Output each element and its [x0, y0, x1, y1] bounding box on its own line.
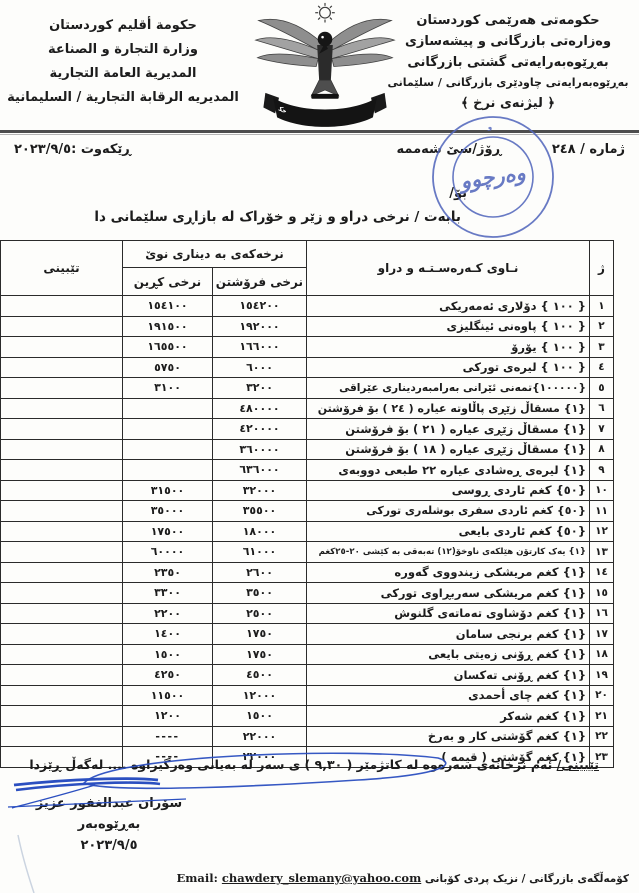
email-address: chawdery_slemany@yahoo.com: [222, 871, 421, 885]
selling-price: ١٧٥٠: [213, 624, 307, 645]
subject-line: بابەت / نرخی دراو و زێر و خۆراک لە بازاڕ…: [94, 209, 461, 225]
price-table: ژ نـاوی کـەرەسـتـە و دراو نرخەکەی بە دین…: [0, 240, 614, 768]
buying-price: [123, 398, 213, 419]
header-line: حکومەتی هەرێمی کوردستان: [383, 10, 633, 31]
selling-price: ٦٣٦٠٠٠: [213, 460, 307, 481]
header-line: وزارة التجارة و الصناعة: [4, 38, 242, 62]
notes-cell: [1, 378, 123, 399]
selling-price: ٢٦٠٠: [213, 562, 307, 583]
buying-price: [123, 439, 213, 460]
notes-cell: [1, 521, 123, 542]
buying-price: ٢٣٥٠: [123, 562, 213, 583]
row-number: ١٧: [590, 624, 614, 645]
row-number: ٢١: [590, 706, 614, 727]
column-header-price-group: نرخەکەی بە دیناری نوێ: [123, 241, 307, 268]
row-number: ٦: [590, 398, 614, 419]
row-number: ٩: [590, 460, 614, 481]
item-name: { ١٠٠ } لیرەی تورکی: [307, 357, 590, 378]
table-row: ١٦ {١} کغم دۆشاوی تەماتەی گلنوش ٢٥٠٠ ٢٢٠…: [1, 603, 614, 624]
row-number: ١٥: [590, 583, 614, 604]
row-number: ٥: [590, 378, 614, 399]
notes-cell: [1, 706, 123, 727]
notes-cell: [1, 665, 123, 686]
item-name: {٥٠} کغم ئاردی بایعی: [307, 521, 590, 542]
table-row: ٢٢ {١} کغم گۆشتی کار و بەرخ ٢٢٠٠٠ ----: [1, 726, 614, 747]
column-header-notes: تێبینی: [1, 241, 123, 296]
header-line: المديرية العامة التجارية: [4, 62, 242, 86]
header-line: بەڕێوەبەرایەتی گشتی بازرگانی: [383, 52, 633, 73]
received-stamp: وەزارەتی بازرگانی و پیشەسازی ✻ بەڕێوەبەر…: [420, 104, 567, 251]
notes-cell: [1, 296, 123, 317]
row-number: ٢: [590, 316, 614, 337]
buying-price: ١٢٠٠: [123, 706, 213, 727]
table-row: ١٤ {١} کغم مریشکی زیندووی گەورە ٢٦٠٠ ٢٣٥…: [1, 562, 614, 583]
row-number: ١٣: [590, 542, 614, 563]
item-name: {١} کغم مریشکی سەربڕاوی تورکی: [307, 583, 590, 604]
item-name: {٥٠} کغم ئاردی سفری بوشلەری تورکی: [307, 501, 590, 522]
notes-cell: [1, 460, 123, 481]
row-number: ١٨: [590, 644, 614, 665]
buying-price: ١١٥٠٠: [123, 685, 213, 706]
buying-price: ١٥٠٠: [123, 644, 213, 665]
selling-price: ٦٠٠٠: [213, 357, 307, 378]
document-date: ڕێکەوت :٢٠٢٣/٩/٥: [14, 142, 131, 157]
column-header-no: ژ: [590, 241, 614, 296]
header-kurdish-block: حکومەتی هەرێمی کوردستان وەزارەتی بازرگان…: [383, 10, 633, 115]
price-table-header: ژ نـاوی کـەرەسـتـە و دراو نرخەکەی بە دین…: [1, 241, 614, 296]
email-run: Email: chawdery_slemany@yahoo.com: [176, 871, 421, 885]
selling-price: ١٧٥٠: [213, 644, 307, 665]
table-row: ٩ {١} لیرەی ڕەشادی عیارە ٢٢ طبعی دووبەی …: [1, 460, 614, 481]
item-name: {١} کغم دۆشاوی تەماتەی گلنوش: [307, 603, 590, 624]
table-row: ١ { ١٠٠ } دۆلاری ئەمەریکی ١٥٤٢٠٠ ١٥٤١٠٠: [1, 296, 614, 317]
notes-cell: [1, 501, 123, 522]
table-row: ١١ {٥٠} کغم ئاردی سفری بوشلەری تورکی ٣٥٥…: [1, 501, 614, 522]
selling-price: ١٥٤٢٠٠: [213, 296, 307, 317]
buying-price: ٣٥٠٠٠: [123, 501, 213, 522]
selling-price: ١٢٠٠٠: [213, 685, 307, 706]
buying-price: ٣١٠٠: [123, 378, 213, 399]
table-row: ١٠ {٥٠} کغم ئاردی ڕوسی ٣٢٠٠٠ ٣١٥٠٠: [1, 480, 614, 501]
selling-price: ٣٢٠٠٠: [213, 480, 307, 501]
row-number: ٨: [590, 439, 614, 460]
buying-price: ١٥٤١٠٠: [123, 296, 213, 317]
notes-cell: [1, 562, 123, 583]
notes-cell: [1, 624, 123, 645]
buying-price: ٣٣٠٠: [123, 583, 213, 604]
buying-price: ٥٧٥٠: [123, 357, 213, 378]
notes-cell: [1, 337, 123, 358]
table-row: ١٣ {١} یەک کارتۆن هێلکەی ناوخۆ(١٢) تەبەق…: [1, 542, 614, 563]
row-number: ٤: [590, 357, 614, 378]
selling-price: ٤٢٠٠٠٠: [213, 419, 307, 440]
selling-price: ٣٢٠٠: [213, 378, 307, 399]
selling-price: ١٩٢٠٠٠: [213, 316, 307, 337]
item-name: { ١٠٠ } پاوەنی ئینگلیزی: [307, 316, 590, 337]
email-label: Email:: [176, 871, 217, 885]
notes-cell: [1, 726, 123, 747]
table-row: ١٧ {١} کغم برنجی سامان ١٧٥٠ ١٤٠٠: [1, 624, 614, 645]
item-name: {١} کغم برنجی سامان: [307, 624, 590, 645]
row-number: ١٢: [590, 521, 614, 542]
row-number: ١٤: [590, 562, 614, 583]
buying-price: ٦٠٠٠٠: [123, 542, 213, 563]
buying-price: ١٧٥٠٠: [123, 521, 213, 542]
item-name: {١} لیرەی ڕەشادی عیارە ٢٢ طبعی دووبەی: [307, 460, 590, 481]
row-number: ١: [590, 296, 614, 317]
header-line: حكومة أقليم كوردستان: [4, 14, 242, 38]
selling-price: ٣٦٠٠٠٠: [213, 439, 307, 460]
item-name: { ١٠٠ } یۆرۆ: [307, 337, 590, 358]
pen-mark: [6, 833, 46, 893]
item-name: {١} کغم چای أحمدی: [307, 685, 590, 706]
notes-cell: [1, 419, 123, 440]
row-number: ٢٠: [590, 685, 614, 706]
table-row: ١٩ {١} کغم ڕۆنی تەکسان ٤٥٠٠ ٤٢٥٠: [1, 665, 614, 686]
item-name: {٥٠} کغم ئاردی ڕوسی: [307, 480, 590, 501]
table-row: ٨ {١} مسقاڵ زێڕی عیارە ( ١٨ ) بۆ فرۆشتن …: [1, 439, 614, 460]
selling-price: ٢٢٠٠٠: [213, 726, 307, 747]
selling-price: ٤٨٠٠٠٠: [213, 398, 307, 419]
selling-price: ٦١٠٠٠: [213, 542, 307, 563]
item-name: { ١٠٠ } دۆلاری ئەمەریکی: [307, 296, 590, 317]
selling-price: ٤٥٠٠: [213, 665, 307, 686]
row-number: ٧: [590, 419, 614, 440]
item-name: {١} یەک کارتۆن هێلکەی ناوخۆ(١٢) تەبەقی ب…: [307, 542, 590, 563]
scanned-price-list-document: حکومەتی هەرێمی کوردستان وەزارەتی بازرگان…: [0, 0, 639, 893]
item-name: {١} کغم ڕۆنی تەکسان: [307, 665, 590, 686]
row-number: ٢٢: [590, 726, 614, 747]
buying-price: ----: [123, 726, 213, 747]
selling-price: ٣٥٥٠٠: [213, 501, 307, 522]
item-name: {١} کغم ڕۆنی زەیتی بایعی: [307, 644, 590, 665]
handwritten-signature: [0, 745, 470, 830]
table-row: ٤ { ١٠٠ } لیرەی تورکی ٦٠٠٠ ٥٧٥٠: [1, 357, 614, 378]
table-row: ٦ {١} مسقاڵ زێڕی پاڵاوتە عیارە ( ٢٤ ) بۆ…: [1, 398, 614, 419]
item-name: {١} مسقاڵ زێڕی عیارە ( ١٨ ) بۆ فرۆشتن: [307, 439, 590, 460]
item-name: {١} کغم شەکر: [307, 706, 590, 727]
notes-cell: [1, 480, 123, 501]
row-number: ١٠: [590, 480, 614, 501]
header-line: وەزارەتی بازرگانی و پیشەسازی: [383, 31, 633, 52]
stamp-center-text: وەرچوو: [456, 161, 527, 195]
office-address: کۆمەڵگەی بازرگانی / نزیک پردی کۆبانی: [425, 873, 629, 885]
row-number: ١١: [590, 501, 614, 522]
kurdistan-eagle-emblem-icon: حکومەتی هەرێمی کوردستان: [250, 0, 400, 132]
table-row: ٥ {١٠٠٠٠٠}تمەنی ئێرانی بەرامبەردیناری عێ…: [1, 378, 614, 399]
buying-price: ١٤٠٠: [123, 624, 213, 645]
selling-price: ١٥٠٠: [213, 706, 307, 727]
table-row: ١٨ {١} کغم ڕۆنی زەیتی بایعی ١٧٥٠ ١٥٠٠: [1, 644, 614, 665]
buying-price: ٢٢٠٠: [123, 603, 213, 624]
header-arabic-block: حكومة أقليم كوردستان وزارة التجارة و الص…: [4, 14, 242, 110]
notes-cell: [1, 644, 123, 665]
price-table-body: ١ { ١٠٠ } دۆلاری ئەمەریکی ١٥٤٢٠٠ ١٥٤١٠٠ …: [1, 296, 614, 768]
header-line: المديريه الرقابة التجارية / السليمانية: [4, 86, 242, 110]
column-header-buy: نرخی کڕین: [123, 268, 213, 296]
selling-price: ١٦٦٠٠٠: [213, 337, 307, 358]
table-row: ٢ { ١٠٠ } پاوەنی ئینگلیزی ١٩٢٠٠٠ ١٩١٥٠٠: [1, 316, 614, 337]
selling-price: ٣٥٠٠: [213, 583, 307, 604]
notes-cell: [1, 439, 123, 460]
item-name: {١} مسقاڵ زێڕی عیارە ( ٢١ ) بۆ فرۆشتن: [307, 419, 590, 440]
column-header-sell: نرخی فرۆشتن: [213, 268, 307, 296]
notes-cell: [1, 583, 123, 604]
buying-price: ١٩١٥٠٠: [123, 316, 213, 337]
row-number: ١٦: [590, 603, 614, 624]
notes-cell: [1, 603, 123, 624]
buying-price: [123, 460, 213, 481]
item-name: {١} کغم گۆشتی کار و بەرخ: [307, 726, 590, 747]
selling-price: ١٨٠٠٠: [213, 521, 307, 542]
selling-price: ٢٥٠٠: [213, 603, 307, 624]
row-number: ١٩: [590, 665, 614, 686]
item-name: {١} کغم مریشکی زیندووی گەورە: [307, 562, 590, 583]
item-name: {١٠٠٠٠٠}تمەنی ئێرانی بەرامبەردیناری عێرا…: [307, 378, 590, 399]
buying-price: ٣١٥٠٠: [123, 480, 213, 501]
header-line: بەڕێوەبەرایەتی چاودێری بازرگانی / سلێمان…: [383, 73, 633, 93]
notes-cell: [1, 685, 123, 706]
footnote-label: تێبینی/: [557, 757, 599, 772]
table-row: ٢٠ {١} کغم چای أحمدی ١٢٠٠٠ ١١٥٠٠: [1, 685, 614, 706]
buying-price: ٤٢٥٠: [123, 665, 213, 686]
table-row: ٣ { ١٠٠ } یۆرۆ ١٦٦٠٠٠ ١٦٥٥٠٠: [1, 337, 614, 358]
buying-price: ١٦٥٥٠٠: [123, 337, 213, 358]
table-row: ٢١ {١} کغم شەکر ١٥٠٠ ١٢٠٠: [1, 706, 614, 727]
table-row: ١٥ {١} کغم مریشکی سەربڕاوی تورکی ٣٥٠٠ ٣٣…: [1, 583, 614, 604]
table-row: ٧ {١} مسقاڵ زێڕی عیارە ( ٢١ ) بۆ فرۆشتن …: [1, 419, 614, 440]
document-number: ژماره / ٢٤٨: [552, 142, 625, 157]
notes-cell: [1, 398, 123, 419]
buying-price: [123, 419, 213, 440]
table-row: ١٢ {٥٠} کغم ئاردی بایعی ١٨٠٠٠ ١٧٥٠٠: [1, 521, 614, 542]
notes-cell: [1, 357, 123, 378]
item-name: {١} مسقاڵ زێڕی پاڵاوتە عیارە ( ٢٤ ) بۆ ف…: [307, 398, 590, 419]
footer-contact-line: کۆمەڵگەی بازرگانی / نزیک پردی کۆبانی Ema…: [176, 871, 629, 885]
notes-cell: [1, 316, 123, 337]
notes-cell: [1, 542, 123, 563]
row-number: ٣: [590, 337, 614, 358]
